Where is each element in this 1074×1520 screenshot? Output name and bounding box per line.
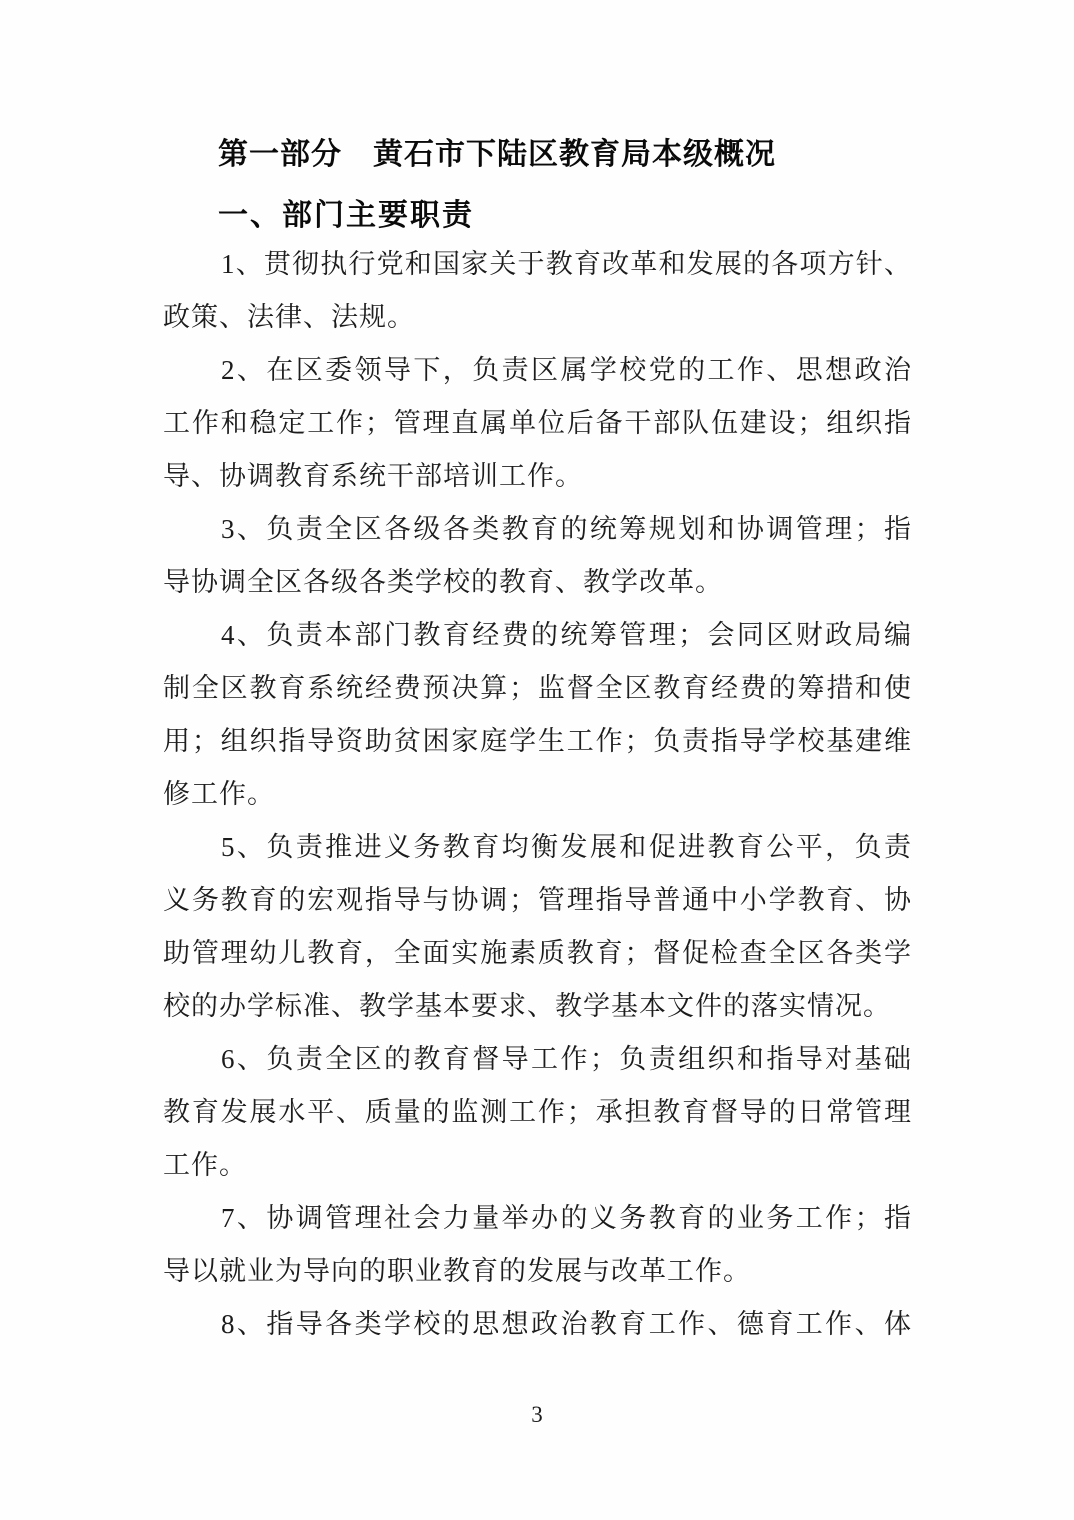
text-line: 制全区教育系统经费预决算；监督全区教育经费的筹措和使 <box>163 662 912 715</box>
paragraph-7: 7、协调管理社会力量举办的义务教育的业务工作；指导以就业为导向的职业教育的发展与… <box>163 1192 912 1298</box>
text-line: 4、负责本部门教育经费的统筹管理；会同区财政局编 <box>163 609 912 662</box>
text-line: 导以就业为导向的职业教育的发展与改革工作。 <box>163 1245 912 1298</box>
paragraph-5: 5、负责推进义务教育均衡发展和促进教育公平，负责义务教育的宏观指导与协调；管理指… <box>163 821 912 1033</box>
text-line: 工作和稳定工作；管理直属单位后备干部队伍建设；组织指 <box>163 397 912 450</box>
paragraph-1: 1、贯彻执行党和国家关于教育改革和发展的各项方针、政策、法律、法规。 <box>163 238 912 344</box>
text-line: 5、负责推进义务教育均衡发展和促进教育公平，负责 <box>163 821 912 874</box>
text-line: 2、在区委领导下，负责区属学校党的工作、思想政治 <box>163 344 912 397</box>
text-line: 8、指导各类学校的思想政治教育工作、德育工作、体 <box>163 1298 912 1351</box>
text-line: 校的办学标准、教学基本要求、教学基本文件的落实情况。 <box>163 980 912 1033</box>
paragraph-6: 6、负责全区的教育督导工作；负责组织和指导对基础教育发展水平、质量的监测工作；承… <box>163 1033 912 1192</box>
text-line: 7、协调管理社会力量举办的义务教育的业务工作；指 <box>163 1192 912 1245</box>
body-text: 1、贯彻执行党和国家关于教育改革和发展的各项方针、政策、法律、法规。2、在区委领… <box>163 238 912 1351</box>
document-content: 第一部分 黄石市下陆区教育局本级概况 一、部门主要职责 1、贯彻执行党和国家关于… <box>163 0 912 1351</box>
text-line: 教育发展水平、质量的监测工作；承担教育督导的日常管理 <box>163 1086 912 1139</box>
paragraph-3: 3、负责全区各级各类教育的统筹规划和协调管理；指导协调全区各级各类学校的教育、教… <box>163 503 912 609</box>
text-line: 修工作。 <box>163 768 912 821</box>
section-heading: 一、部门主要职责 <box>163 194 912 238</box>
text-line: 导协调全区各级各类学校的教育、教学改革。 <box>163 556 912 609</box>
text-line: 助管理幼儿教育，全面实施素质教育；督促检查全区各类学 <box>163 927 912 980</box>
text-line: 政策、法律、法规。 <box>163 291 912 344</box>
paragraph-4: 4、负责本部门教育经费的统筹管理；会同区财政局编制全区教育系统经费预决算；监督全… <box>163 609 912 821</box>
text-line: 3、负责全区各级各类教育的统筹规划和协调管理；指 <box>163 503 912 556</box>
document-title: 第一部分 黄石市下陆区教育局本级概况 <box>163 134 912 176</box>
text-line: 工作。 <box>163 1139 912 1192</box>
text-line: 义务教育的宏观指导与协调；管理指导普通中小学教育、协 <box>163 874 912 927</box>
text-line: 1、贯彻执行党和国家关于教育改革和发展的各项方针、 <box>163 238 912 291</box>
paragraph-8: 8、指导各类学校的思想政治教育工作、德育工作、体 <box>163 1298 912 1351</box>
page-number: 3 <box>0 1402 1074 1428</box>
text-line: 6、负责全区的教育督导工作；负责组织和指导对基础 <box>163 1033 912 1086</box>
text-line: 导、协调教育系统干部培训工作。 <box>163 450 912 503</box>
paragraph-2: 2、在区委领导下，负责区属学校党的工作、思想政治工作和稳定工作；管理直属单位后备… <box>163 344 912 503</box>
document-page: 第一部分 黄石市下陆区教育局本级概况 一、部门主要职责 1、贯彻执行党和国家关于… <box>0 0 1074 1520</box>
text-line: 用；组织指导资助贫困家庭学生工作；负责指导学校基建维 <box>163 715 912 768</box>
